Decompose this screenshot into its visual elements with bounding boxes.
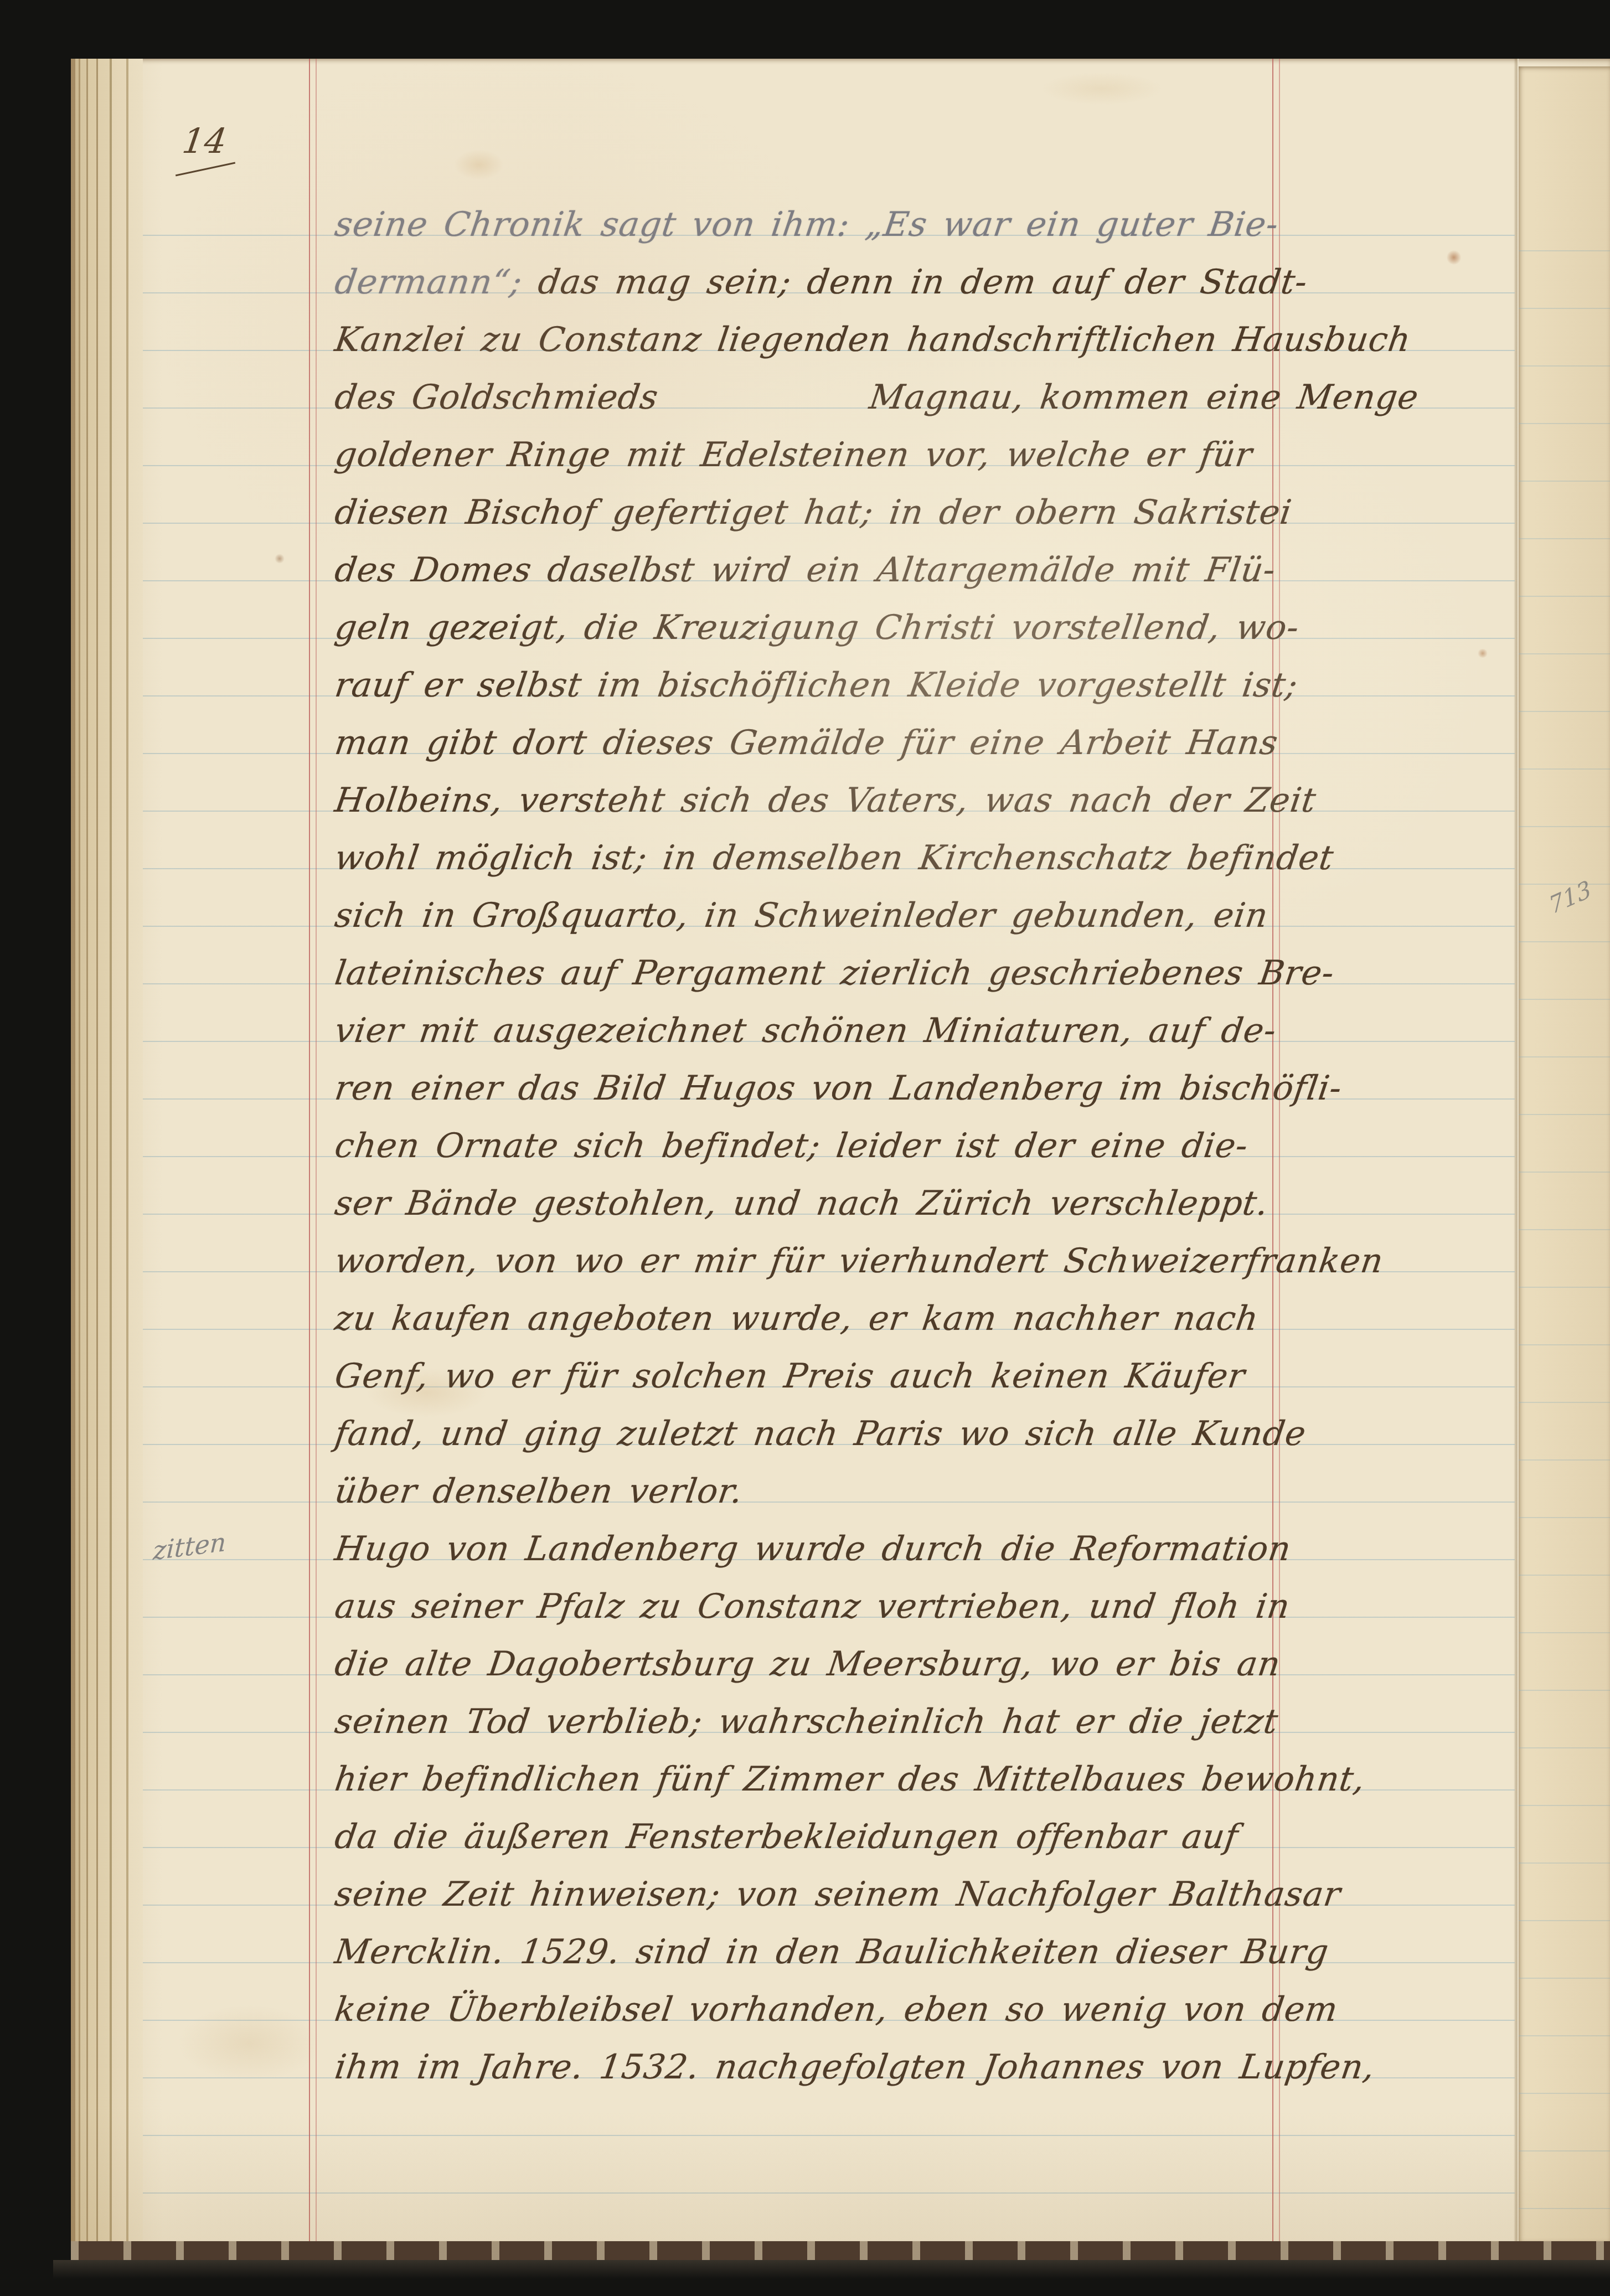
red-margin-line-left-inner bbox=[316, 59, 317, 2241]
manuscript-line: Kanzlei zu Constanz liegenden handschrif… bbox=[331, 311, 1535, 369]
ink-text: ser Bände gestohlen, und nach Zürich ver… bbox=[332, 1184, 1271, 1223]
ink-text: man gibt dort dieses Gemälde für eine Ar… bbox=[332, 723, 1281, 762]
ink-text: vier mit ausgezeichnet schönen Miniature… bbox=[332, 1011, 1279, 1050]
manuscript-line: die alte Dagobertsburg zu Meersburg, wo … bbox=[331, 1635, 1535, 1693]
pencil-text: seine Chronik sagt von ihm: „Es war ein … bbox=[332, 205, 1281, 244]
ink-text: sich in Großquarto, in Schweinleder gebu… bbox=[332, 896, 1271, 935]
ink-text: Mercklin. 1529. sind in den Baulichkeite… bbox=[332, 1932, 1331, 1972]
manuscript-line: diesen Bischof gefertiget hat; in der ob… bbox=[331, 484, 1535, 541]
manuscript-line: keine Überbleibsel vorhanden, eben so we… bbox=[331, 1981, 1535, 2039]
ink-text: zu kaufen angeboten wurde, er kam nachhe… bbox=[332, 1299, 1261, 1338]
manuscript-line: Hugo von Landenberg wurde durch die Refo… bbox=[331, 1520, 1535, 1578]
ink-text: geln gezeigt, die Kreuzigung Christi vor… bbox=[332, 608, 1302, 647]
manuscript-line: ser Bände gestohlen, und nach Zürich ver… bbox=[331, 1175, 1535, 1232]
ink-text: keine Überbleibsel vorhanden, eben so we… bbox=[332, 1990, 1340, 2029]
ink-text: die alte Dagobertsburg zu Meersburg, wo … bbox=[332, 1644, 1283, 1684]
manuscript-line: chen Ornate sich befindet; leider ist de… bbox=[331, 1117, 1535, 1175]
manuscript-line: rauf er selbst im bischöflichen Kleide v… bbox=[331, 657, 1535, 714]
ink-text: über denselben verlor. bbox=[332, 1472, 745, 1511]
book-bottom-shadow bbox=[53, 2260, 1610, 2279]
ink-text: fand, und ging zuletzt nach Paris wo sic… bbox=[332, 1414, 1308, 1453]
manuscript-line: fand, und ging zuletzt nach Paris wo sic… bbox=[331, 1405, 1535, 1463]
manuscript-line: wohl möglich ist; in demselben Kirchensc… bbox=[331, 829, 1535, 887]
ink-text: Holbeins, versteht sich des Vaters, was … bbox=[332, 781, 1318, 820]
manuscript-line: Mercklin. 1529. sind in den Baulichkeite… bbox=[331, 1923, 1535, 1981]
ink-text: goldener Ringe mit Edelsteinen vor, welc… bbox=[332, 435, 1255, 474]
ink-text: Hugo von Landenberg wurde durch die Refo… bbox=[332, 1529, 1293, 1568]
manuscript-line: da die äußeren Fensterbekleidungen offen… bbox=[331, 1808, 1535, 1866]
manuscript-line: Genf, wo er für solchen Preis auch keine… bbox=[331, 1348, 1535, 1405]
book-bottom-edge bbox=[71, 2241, 1610, 2260]
manuscript-line: des Goldschmieds Magnau, kommen eine Men… bbox=[331, 369, 1535, 426]
manuscript-line: man gibt dort dieses Gemälde für eine Ar… bbox=[331, 714, 1535, 772]
ink-text: hier befindlichen fünf Zimmer des Mittel… bbox=[332, 1760, 1368, 1799]
manuscript-line: geln gezeigt, die Kreuzigung Christi vor… bbox=[331, 599, 1535, 657]
ink-text: ren einer das Bild Hugos von Landenberg … bbox=[332, 1069, 1344, 1108]
ink-text: des Domes daselbst wird ein Altargemälde… bbox=[332, 550, 1278, 590]
manuscript-line: ihm im Jahre. 1532. nachgefolgten Johann… bbox=[331, 2039, 1535, 2096]
red-margin-line-left-outer bbox=[309, 59, 310, 2241]
ink-text: worden, von wo er mir für vierhundert Sc… bbox=[332, 1241, 1386, 1281]
ink-text: diesen Bischof gefertiget hat; in der ob… bbox=[332, 493, 1294, 532]
manuscript-line: über denselben verlor. bbox=[331, 1463, 1535, 1520]
manuscript-line: Holbeins, versteht sich des Vaters, was … bbox=[331, 772, 1535, 829]
manuscript-line: dermann“; das mag sein; denn in dem auf … bbox=[331, 254, 1535, 311]
ink-text: seinen Tod verblieb; wahrscheinlich hat … bbox=[332, 1702, 1281, 1741]
manuscript-line: ren einer das Bild Hugos von Landenberg … bbox=[331, 1060, 1535, 1117]
manuscript-line: seine Chronik sagt von ihm: „Es war ein … bbox=[331, 196, 1535, 254]
manuscript-line: aus seiner Pfalz zu Constanz vertrieben,… bbox=[331, 1578, 1535, 1635]
page-stack-edges bbox=[71, 59, 143, 2241]
manuscript-line: goldener Ringe mit Edelsteinen vor, welc… bbox=[331, 426, 1535, 484]
manuscript-line: des Domes daselbst wird ein Altargemälde… bbox=[331, 541, 1535, 599]
ink-text: da die äußeren Fensterbekleidungen offen… bbox=[332, 1817, 1241, 1856]
manuscript-line: zu kaufen angeboten wurde, er kam nachhe… bbox=[331, 1290, 1535, 1348]
manuscript-line: sich in Großquarto, in Schweinleder gebu… bbox=[331, 887, 1535, 945]
ink-text: lateinisches auf Pergament zierlich gesc… bbox=[332, 953, 1336, 993]
handwritten-text-block: seine Chronik sagt von ihm: „Es war ein … bbox=[331, 196, 1527, 2096]
manuscript-line: seine Zeit hinweisen; von seinem Nachfol… bbox=[331, 1866, 1535, 1923]
manuscript-line: vier mit ausgezeichnet schönen Miniature… bbox=[331, 1002, 1535, 1060]
ink-text: des Goldschmieds Magnau, kommen eine Men… bbox=[332, 378, 1421, 417]
ink-text: Genf, wo er für solchen Preis auch keine… bbox=[332, 1356, 1247, 1396]
ink-text: rauf er selbst im bischöflichen Kleide v… bbox=[332, 665, 1301, 705]
ink-text: aus seiner Pfalz zu Constanz vertrieben,… bbox=[332, 1587, 1292, 1626]
ink-text: Kanzlei zu Constanz liegenden handschrif… bbox=[332, 320, 1413, 359]
pencil-text: dermann“; bbox=[332, 262, 525, 302]
ink-text: wohl möglich ist; in demselben Kirchensc… bbox=[332, 838, 1336, 878]
manuscript-line: lateinisches auf Pergament zierlich gesc… bbox=[331, 945, 1535, 1002]
next-page-edge bbox=[1519, 66, 1610, 2241]
page-number: 14 bbox=[180, 121, 229, 161]
manuscript-scan: 14 zitten 713 seine Chronik sagt von ihm… bbox=[0, 0, 1610, 2296]
manuscript-line: hier befindlichen fünf Zimmer des Mittel… bbox=[331, 1751, 1535, 1808]
ink-text: chen Ornate sich befindet; leider ist de… bbox=[332, 1126, 1251, 1165]
ink-text: ihm im Jahre. 1532. nachgefolgten Johann… bbox=[332, 2047, 1377, 2087]
ink-text: das mag sein; denn in dem auf der Stadt- bbox=[519, 262, 1310, 302]
manuscript-line: seinen Tod verblieb; wahrscheinlich hat … bbox=[331, 1693, 1535, 1751]
manuscript-line: worden, von wo er mir für vierhundert Sc… bbox=[331, 1232, 1535, 1290]
ink-text: seine Zeit hinweisen; von seinem Nachfol… bbox=[332, 1875, 1343, 1914]
